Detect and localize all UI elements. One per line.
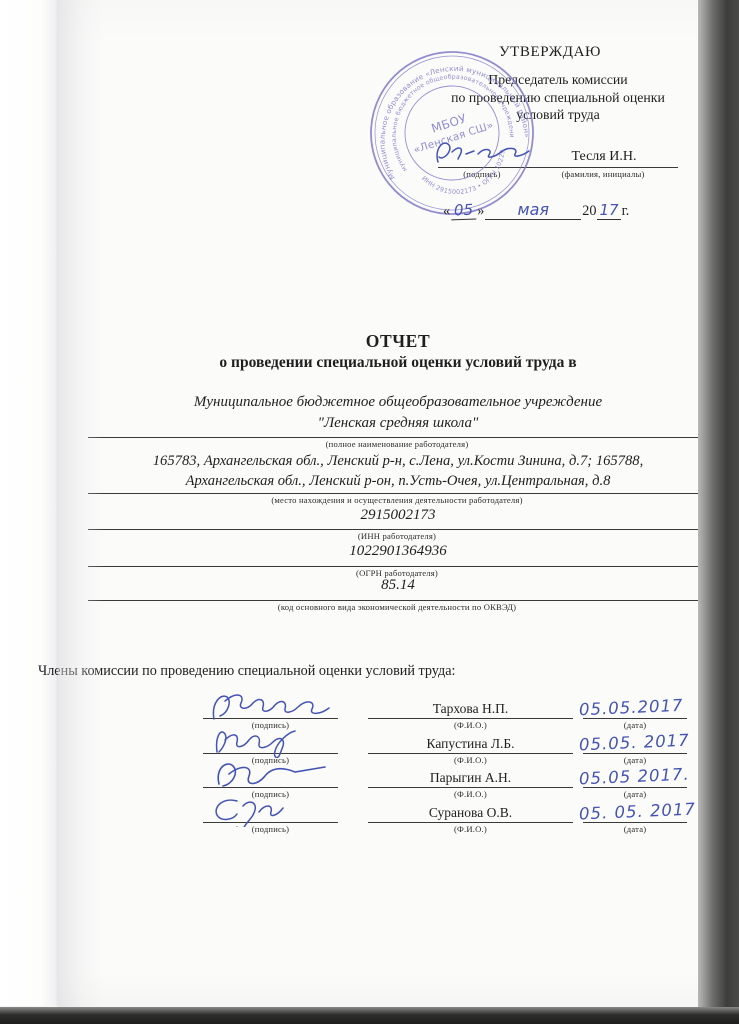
member-name-cell: Парыгин А.Н. (Ф.И.О.) xyxy=(368,765,573,788)
member-name-cell: Капустина Л.Б. (Ф.И.О.) xyxy=(368,731,573,754)
member-signature-icon xyxy=(207,689,337,723)
document-title: ОТЧЕТ xyxy=(90,331,706,352)
chairman-name-line xyxy=(528,167,678,168)
member-signature-icon xyxy=(207,758,337,792)
member-name: Суранова О.В. xyxy=(368,800,573,821)
employer-address-line1: 165783, Архангельская обл., Ленский р-н,… xyxy=(90,453,706,470)
member-name-cell: Суранова О.В. (Ф.И.О.) xyxy=(368,800,573,823)
date-day-handwritten: 05 xyxy=(451,201,477,221)
date-caption: (дата) xyxy=(583,789,687,799)
name-caption: (Ф.И.О.) xyxy=(368,755,573,765)
member-date-cell: 05.05.2017 (дата) xyxy=(583,696,687,719)
date-month-handwritten: мая xyxy=(485,200,581,220)
date-year-prefix: 20 xyxy=(581,203,597,220)
member-name-cell: Тархова Н.П. (Ф.И.О.) xyxy=(368,696,573,719)
name-caption: (Ф.И.О.) xyxy=(368,824,573,834)
chairman-signature-icon xyxy=(428,136,550,172)
date-caption: (дата) xyxy=(583,755,687,765)
member-row: (подпись) Капустина Л.Б. (Ф.И.О.) 05.05.… xyxy=(0,731,739,767)
field-rule xyxy=(88,600,706,601)
chairman-name: Тесля И.Н. xyxy=(530,149,678,165)
quote-open: « xyxy=(442,203,451,220)
employer-name-caption: (полное наименование работодателя) xyxy=(88,439,706,449)
name-caption: (Ф.И.О.) xyxy=(368,789,573,799)
member-signature-icon xyxy=(207,793,337,827)
member-name: Капустина Л.Б. xyxy=(368,731,573,752)
member-date-handwritten: 05.05.2017 xyxy=(579,696,684,720)
member-date-cell: 05.05 2017. (дата) xyxy=(583,765,687,788)
member-row: (подпись) Парыгин А.Н. (Ф.И.О.) 05.05 20… xyxy=(0,765,739,801)
member-signature-cell: (подпись) xyxy=(203,800,338,823)
chairman-name-caption: (фамилия, инициалы) xyxy=(528,169,678,179)
quote-close: » xyxy=(476,203,485,220)
member-name: Тархова Н.П. xyxy=(368,696,573,717)
signature-caption: (подпись) xyxy=(203,824,338,834)
date-year-handwritten: 17 xyxy=(597,201,620,220)
members-heading: Члены комиссии по проведению специальной… xyxy=(38,663,455,680)
member-row: (подпись) Суранова О.В. (Ф.И.О.) 05. 05.… xyxy=(0,800,739,836)
member-name: Парыгин А.Н. xyxy=(368,765,573,786)
member-signature-icon xyxy=(207,724,337,758)
document-subtitle: о проведении специальной оценки условий … xyxy=(90,354,706,372)
member-signature-cell: (подпись) xyxy=(203,696,338,719)
date-caption: (дата) xyxy=(583,720,687,730)
employer-okved-caption: (код основного вида экономической деятел… xyxy=(88,602,706,612)
member-date-handwritten: 05. 05. 2017 xyxy=(579,799,697,823)
member-signature-cell: (подпись) xyxy=(203,765,338,788)
employer-name-line2: "Ленская средняя школа" xyxy=(90,415,706,432)
approval-date: «05» мая 2017 г. xyxy=(442,200,630,220)
name-caption: (Ф.И.О.) xyxy=(368,720,573,730)
employer-inn-caption: (ИНН работодателя) xyxy=(88,531,706,541)
date-suffix: г. xyxy=(621,203,631,220)
member-date-handwritten: 05.05. 2017 xyxy=(579,731,690,755)
field-rule xyxy=(88,437,706,438)
member-date-cell: 05. 05. 2017 (дата) xyxy=(583,800,687,823)
organization-round-stamp: Муниципальное образование «Ленский муниц… xyxy=(363,44,541,222)
employer-ogrn: 1022901364936 xyxy=(90,543,706,560)
field-rule xyxy=(88,566,706,567)
field-rule xyxy=(88,493,706,494)
scan-bottom-shadow xyxy=(0,1007,739,1024)
date-caption: (дата) xyxy=(583,824,687,834)
field-rule xyxy=(88,529,706,530)
employer-inn: 2915002173 xyxy=(90,507,706,524)
employer-okved: 85.14 xyxy=(90,577,706,594)
adjacent-page-edge xyxy=(0,0,58,1006)
member-date-handwritten: 05.05 2017. xyxy=(579,765,690,789)
employer-address-line2: Архангельская обл., Ленский р-он, п.Усть… xyxy=(90,473,706,490)
member-signature-cell: (подпись) xyxy=(203,731,338,754)
employer-address-caption: (место нахождения и осуществления деятел… xyxy=(88,495,706,505)
scan-right-shadow xyxy=(698,0,739,1024)
employer-name-line1: Муниципальное бюджетное общеобразователь… xyxy=(90,394,706,411)
member-row: (подпись) Тархова Н.П. (Ф.И.О.) 05.05.20… xyxy=(0,696,739,732)
member-date-cell: 05.05. 2017 (дата) xyxy=(583,731,687,754)
scanned-document-page: УТВЕРЖДАЮ Председатель комиссии по прове… xyxy=(0,0,739,1024)
